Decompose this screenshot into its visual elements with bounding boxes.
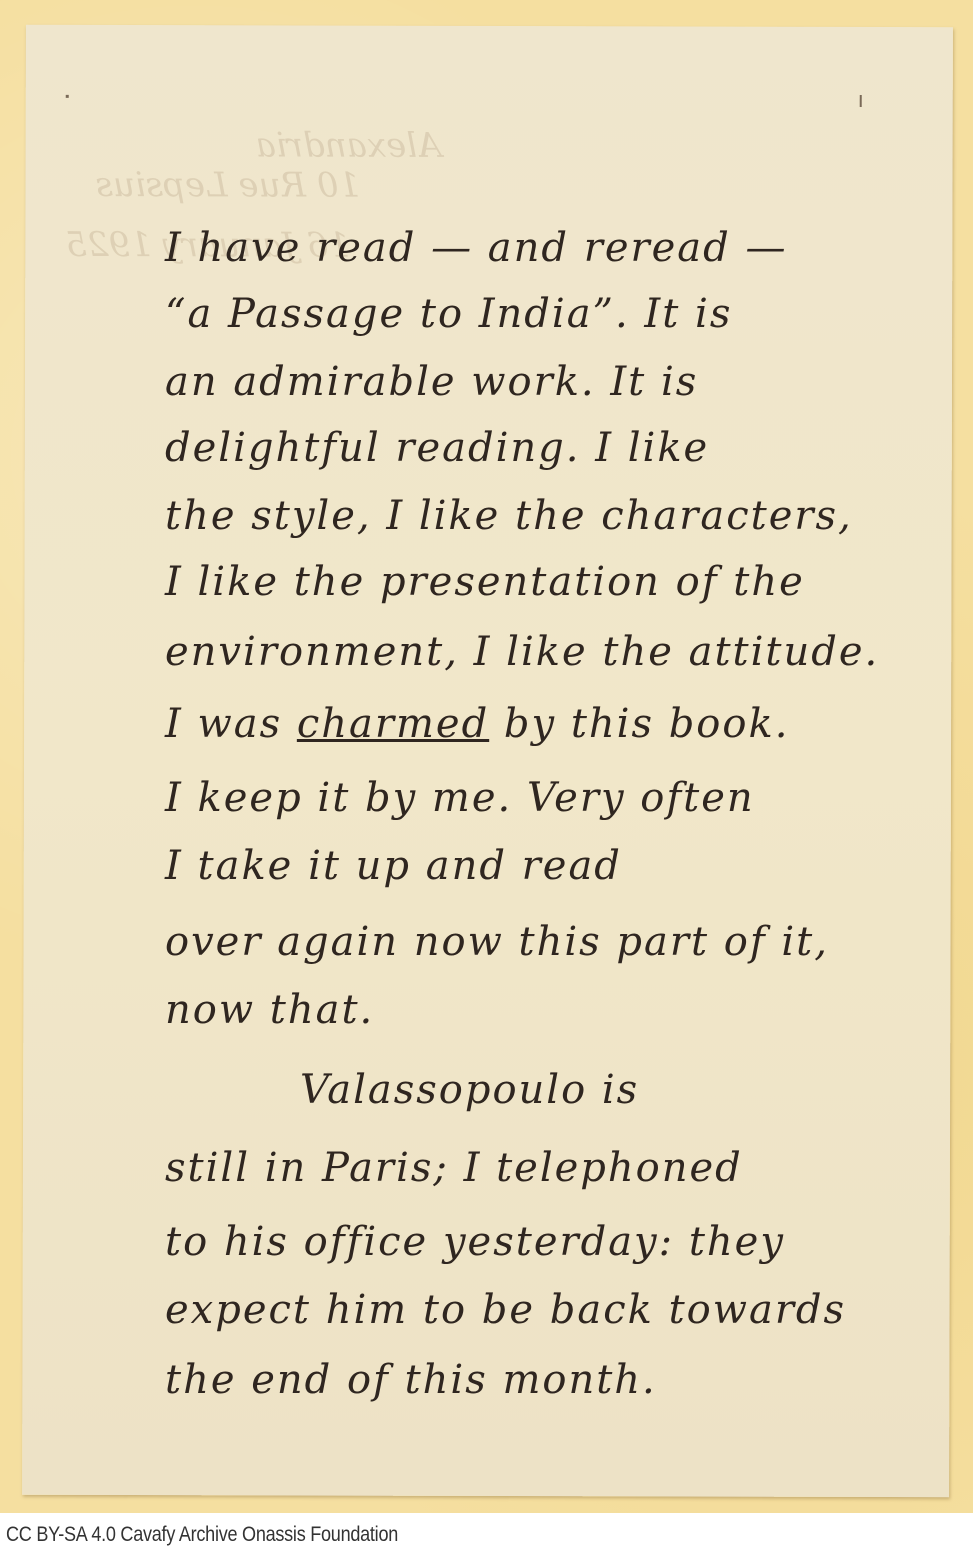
letter-line: I keep it by me. Very often — [165, 778, 935, 818]
line-text: I was — [165, 701, 297, 747]
underlined-word: charmed — [297, 701, 489, 747]
ink-mark — [860, 95, 862, 107]
bleed-through-text: 10 Rue Lepsius — [95, 165, 360, 206]
letter-line: I like the presentation of the — [165, 562, 935, 602]
letter-line: the end of this month. — [165, 1360, 935, 1400]
letter-line: I have read — and reread — — [165, 228, 935, 268]
ink-speck — [66, 95, 69, 98]
letter-line: still in Paris; I telephoned — [165, 1148, 935, 1188]
letter-line: an admirable work. It is — [165, 362, 935, 402]
bleed-through-text: Alexandria — [256, 125, 442, 165]
letter-line: the style, I like the characters, — [165, 496, 935, 536]
letter-line: environment, I like the attitude. — [165, 632, 935, 672]
scan-background: Alexandria 10 Rue Lepsius 16 January 192… — [0, 0, 973, 1513]
letter-line: I take it up and read — [165, 846, 935, 886]
letter-line: now that. — [165, 990, 935, 1030]
license-credit: CC BY-SA 4.0 Cavafy Archive Onassis Foun… — [6, 1523, 398, 1547]
letter-line-emphasis: I was charmed by this book. — [165, 704, 935, 744]
letter-line: over again now this part of it, — [165, 922, 935, 962]
letter-line: Valassopoulo is — [300, 1070, 973, 1110]
letter-line: expect him to be back towards — [165, 1290, 935, 1330]
letter-line: “a Passage to India”. It is — [165, 294, 935, 334]
line-text: by this book. — [489, 701, 789, 747]
letter-line: delightful reading. I like — [165, 428, 935, 468]
letter-line: to his office yesterday: they — [165, 1222, 935, 1262]
